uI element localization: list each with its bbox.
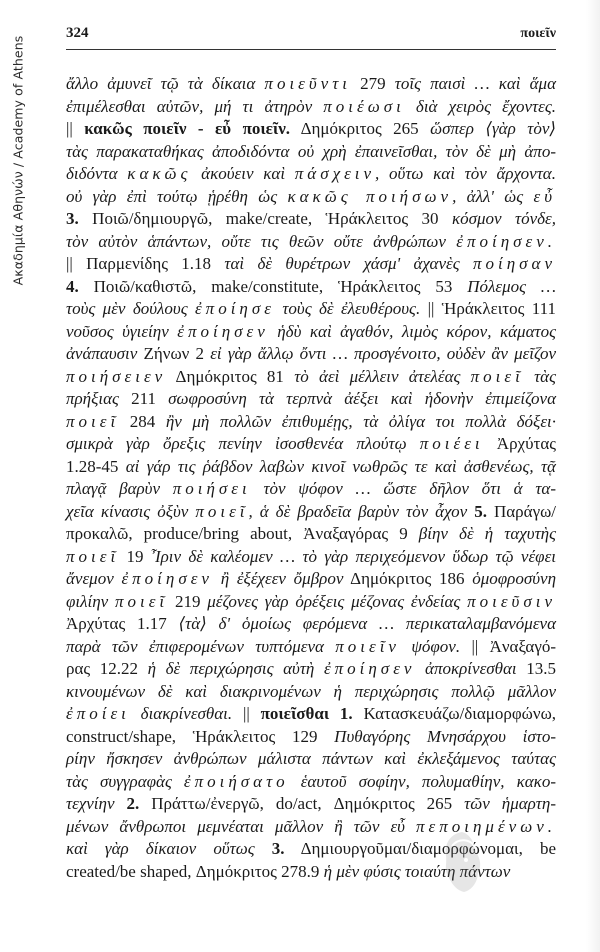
text-segment: τὰς συγγραφὰς <box>66 772 184 791</box>
text-segment: Ἶριν δὲ καλέομεν … τὸ γὰρ περιχεόμενον ὕ… <box>151 547 556 566</box>
text-segment: ἐπιμέλεσθαι αὐτῶν, μή τι ἀτηρὸν <box>66 97 323 116</box>
text-line: Ἀρχύτας 1.17 ⟨τὰ⟩ δ' ὁμοίως φερόμενα … π… <box>66 613 556 636</box>
spaced-keyword: ποιήσειεν <box>66 367 166 386</box>
text-segment: 19 <box>119 547 151 566</box>
text-segment: 284 <box>119 412 166 431</box>
text-line: τὰς παρακαταθήκας ἀποδιδόντα οὐ χρὴ ἐπαι… <box>66 141 556 164</box>
text-segment: ἢν μὴ πολλῶν ἐπιθυμέῃς, τὰ ὀλίγα τοι πολ… <box>166 412 556 431</box>
text-segment: τοῖς παισὶ … καὶ ἅμα <box>395 74 556 93</box>
text-segment: βίην δὲ ἡ ταχυτὴς <box>419 524 556 543</box>
text-segment: Ἀρχύτας <box>484 434 556 453</box>
spaced-keyword: ποιέει <box>420 434 484 453</box>
spaced-keyword: κακῶς <box>127 164 191 183</box>
text-segment: τοὺς μὲν δούλους <box>66 299 195 318</box>
text-line: πρήξιας 211 σωφροσύνη τὰ τερπνὰ ἀέξει κα… <box>66 388 556 411</box>
spaced-keyword: ἐποίησεν. <box>456 232 556 251</box>
text-line: ρίην ἤσκησεν ἀνθρώπων μάλιστα πάντων καὶ… <box>66 748 556 771</box>
spaced-keyword: ποιεῖ <box>66 547 119 566</box>
running-headword: ποιεῖν <box>520 26 556 42</box>
spaced-keyword: ποιεῖ <box>471 367 524 386</box>
text-segment: Πράττω/ἐνεργῶ, do/act, Δημόκριτος 265 <box>139 794 464 813</box>
spaced-keyword: ποιεῖν <box>335 637 400 656</box>
text-segment: οὐ γὰρ ἐπὶ τούτῳ ᾑρέθη ὡς <box>66 187 287 206</box>
text-line: construct/shape, Ἡράκλειτος 129 Πυθαγόρη… <box>66 726 556 749</box>
text-line: ποιεῖ 284 ἢν μὴ πολλῶν ἐπιθυμέῃς, τὰ ὀλί… <box>66 411 556 434</box>
text-segment: ἡ δὲ περιχώρησις αὐτὴ <box>148 659 324 678</box>
text-segment: τεχνίην <box>66 794 126 813</box>
text-line: προκαλῶ, produce/bring about, Ἀναξαγόρας… <box>66 523 556 546</box>
text-segment: ὁμοφροσύνη <box>472 569 556 588</box>
text-segment: || Παρμενίδης 1.18 <box>66 254 224 273</box>
text-line: 1.28-45 αἰ γάρ τις ῥάβδον λαβὼν κινοῖ νω… <box>66 456 556 479</box>
side-watermark: Ακαδημία Αθηνών / Academy of Athens <box>8 10 28 310</box>
spaced-keyword: ποιεῖ <box>66 412 119 431</box>
bold-lemma: 2. <box>126 794 139 813</box>
text-line: 4. Ποιῶ/καθιστῶ, make/constitute, Ἡράκλε… <box>66 276 556 299</box>
text-line: τὸν αὐτὸν ἁπάντων, οὔτε τις θεῶν οὔτε ἀν… <box>66 231 556 254</box>
text-segment: εἰ γὰρ ἄλλῳ ὄντι … προσγένοιτο, οὐδὲν ἂν… <box>210 344 556 363</box>
text-segment: , ἁ δὲ βραδεῖα βαρὺν τὸν ἆχον <box>249 502 475 521</box>
text-segment: Πυθαγόρης Μνησάρχου ἱστο- <box>334 727 556 746</box>
dictionary-entry-body: ἄλλο ἀμυνεῖ τῷ τὰ δίκαια ποιεῦντι 279 το… <box>66 73 556 883</box>
text-line: τὰς συγγραφὰς ἐποιήσατο ἑαυτοῦ σοφίην, π… <box>66 771 556 794</box>
header-rule <box>66 49 556 50</box>
text-segment: 211 <box>119 389 168 408</box>
spaced-keyword: ποιεῖ <box>195 502 248 521</box>
text-segment: ἢ ἐξέχεεν ὄμβρον <box>213 569 343 588</box>
text-segment: σωφροσύνη τὰ τερπνὰ ἀέξει καὶ ἡδονὴν ἐπι… <box>168 389 556 408</box>
text-segment: τὸν αὐτὸν ἁπάντων, οὔτε τις θεῶν οὔτε ἀν… <box>66 232 456 251</box>
text-line: || Παρμενίδης 1.18 ταὶ δὲ θυρέτρων χάσμ'… <box>66 253 556 276</box>
spaced-keyword: ποιεῦντι <box>264 74 351 93</box>
text-line: νοῦσος ὑγιείην ἐποίησεν ἡδὺ καὶ ἀγαθόν, … <box>66 321 556 344</box>
text-segment: Ζήνων 2 <box>137 344 210 363</box>
bold-lemma: 3. <box>66 209 79 228</box>
text-segment: τὸ ἀεὶ μέλλειν ἀτελέας <box>294 367 470 386</box>
text-segment: σμικρὰ γὰρ ὄρεξις πενίην ἰσοσθενέα πλούτ… <box>66 434 420 453</box>
spaced-keyword: ποίησαν <box>473 254 556 273</box>
text-segment: παρὰ τῶν ἐπιφερομένων τυπτόμενα <box>66 637 335 656</box>
text-segment: || Ἡράκλειτος 111 <box>420 299 556 318</box>
spaced-keyword: ποιήσει <box>173 479 251 498</box>
text-segment: προκαλῶ, produce/bring about, Ἀναξαγόρας… <box>66 524 419 543</box>
text-line: πλαγᾷ βαρὺν ποιήσει τὸν ψόφον … ὥστε δῆλ… <box>66 478 556 501</box>
text-segment: τὰς παρακαταθήκας ἀποδιδόντα οὐ χρὴ ἐπαι… <box>66 142 556 161</box>
text-segment: ⟨τὰ⟩ δ' ὁμοίως φερόμενα … περικαταλαμβαν… <box>178 614 556 633</box>
text-line: παρὰ τῶν ἐπιφερομένων τυπτόμενα ποιεῖν ψ… <box>66 636 556 659</box>
text-line: σμικρὰ γὰρ ὄρεξις πενίην ἰσοσθενέα πλούτ… <box>66 433 556 456</box>
text-line: ποιήσειεν Δημόκριτος 81 τὸ ἀεὶ μέλλειν ἀ… <box>66 366 556 389</box>
text-segment: ρίην ἤσκησεν ἀνθρώπων μάλιστα πάντων καὶ… <box>66 749 556 768</box>
text-line: τοὺς μὲν δούλους ἐποίησε τοὺς δὲ ἐλευθέρ… <box>66 298 556 321</box>
text-segment: Δημόκριτος 81 <box>166 367 294 386</box>
text-line: διδόντα κακῶς ἀκούειν καὶ πάσχειν, οὕτω … <box>66 163 556 186</box>
text-line: ἄλλο ἀμυνεῖ τῷ τὰ δίκαια ποιεῦντι 279 το… <box>66 73 556 96</box>
text-segment: ρας 12.22 <box>66 659 148 678</box>
bold-lemma: 3. <box>272 839 285 858</box>
bold-lemma: 5. <box>474 502 487 521</box>
text-segment: , οὕτω καὶ τὸν ἄρχοντα. <box>375 164 556 183</box>
text-segment <box>255 839 272 858</box>
text-segment: πλαγᾷ βαρὺν <box>66 479 173 498</box>
text-segment: χεῖα κίνασις ὀξὺν <box>66 502 195 521</box>
bold-lemma: ποιεῖσθαι 1. <box>261 704 353 723</box>
bold-lemma: 4. <box>66 277 79 296</box>
text-segment: 219 <box>168 592 207 611</box>
text-segment: Παράγω/ <box>487 502 556 521</box>
text-segment: Ποιῶ/δημιουργῶ, make/create, Ἡράκλειτος … <box>79 209 452 228</box>
text-segment: φιλίην <box>66 592 115 611</box>
text-segment: διακρίνεσθαι. <box>130 704 232 723</box>
text-segment: Ἀρχύτας 1.17 <box>66 614 178 633</box>
spaced-keyword: πάσχειν <box>295 164 375 183</box>
text-segment: διὰ χειρὸς ἔχοντες. <box>405 97 556 116</box>
text-segment: Ποιῶ/καθιστῶ, make/constitute, Ἡράκλειτο… <box>79 277 468 296</box>
spaced-keyword: ἐποίησε <box>195 299 275 318</box>
text-segment: 279 <box>351 74 395 93</box>
text-segment: construct/shape, Ἡράκλειτος 129 <box>66 727 334 746</box>
text-segment: μέζονες γὰρ ὀρέξεις μέζονας ἐνδείας <box>207 592 467 611</box>
text-segment: νοῦσος ὑγιείην <box>66 322 177 341</box>
text-segment: Δημόκριτος 265 <box>290 119 430 138</box>
text-segment: ψόφον. <box>400 637 460 656</box>
bold-lemma: κακῶς ποιεῖν - εὖ ποιεῖν. <box>84 119 290 138</box>
text-segment: διδόντα <box>66 164 127 183</box>
side-watermark-text: Ακαδημία Αθηνών / Academy of Athens <box>11 35 26 285</box>
text-segment: ἄλλο ἀμυνεῖ τῷ τὰ δίκαια <box>66 74 264 93</box>
spaced-keyword: κακῶς ποιήσων <box>287 187 452 206</box>
spaced-keyword: ἐποίει <box>66 704 130 723</box>
running-head: 324 ποιεῖν <box>66 20 556 42</box>
text-segment: κόσμον τόνδε, <box>452 209 556 228</box>
text-line: || κακῶς ποιεῖν - εὖ ποιεῖν. Δημόκριτος … <box>66 118 556 141</box>
spaced-keyword: ἐποίησεν <box>121 569 213 588</box>
text-segment: 1.28-45 <box>66 457 126 476</box>
page-edge-shadow <box>586 0 600 952</box>
text-segment: μένων ἄνθρωποι μεμνέαται μᾶλλον ἢ τῶν εὖ <box>66 817 416 836</box>
text-line: ἀνάπαυσιν Ζήνων 2 εἰ γὰρ ἄλλῳ ὄντι … προ… <box>66 343 556 366</box>
text-line: κινουμένων δὲ καὶ διακρινομένων ἡ περιχώ… <box>66 681 556 704</box>
spaced-keyword: ποιεῦσιν <box>467 592 556 611</box>
text-segment: ἀνάπαυσιν <box>66 344 137 363</box>
text-segment: || Ἀναξαγό- <box>460 637 556 656</box>
text-segment: ἀκούειν καὶ <box>191 164 294 183</box>
text-segment: 13.5 <box>517 659 556 678</box>
text-segment: ταὶ δὲ θυρέτρων χάσμ' ἀχανὲς <box>224 254 473 273</box>
text-line: ἐποίει διακρίνεσθαι. || ποιεῖσθαι 1. Κατ… <box>66 703 556 726</box>
spaced-keyword: ἐποίησεν <box>324 659 416 678</box>
spaced-keyword: εὖ <box>534 187 557 206</box>
spaced-keyword: ἐποιήσατο <box>184 772 289 791</box>
athena-head-icon <box>438 828 486 896</box>
text-line: οὐ γὰρ ἐπὶ τούτῳ ᾑρέθη ὡς κακῶς ποιήσων,… <box>66 186 556 209</box>
text-line: φιλίην ποιεῖ 219 μέζονες γὰρ ὀρέξεις μέζ… <box>66 591 556 614</box>
text-line: τεχνίην 2. Πράττω/ἐνεργῶ, do/act, Δημόκρ… <box>66 793 556 816</box>
text-line: ἄνεμον ἐποίησεν ἢ ἐξέχεεν ὄμβρον Δημόκρι… <box>66 568 556 591</box>
text-line: ρας 12.22 ἡ δὲ περιχώρησις αὐτὴ ἐποίησεν… <box>66 658 556 681</box>
text-segment: Δημόκριτος 186 <box>343 569 472 588</box>
text-segment: ἡδὺ καὶ ἀγαθόν, λιμὸς κόρον, κάματος <box>269 322 556 341</box>
text-line: ποιεῖ 19 Ἶριν δὲ καλέομεν … τὸ γὰρ περιχ… <box>66 546 556 569</box>
text-segment: τῶν ἡμαρτη- <box>464 794 556 813</box>
spaced-keyword: ἐποίησεν <box>177 322 269 341</box>
text-segment: ἄνεμον <box>66 569 121 588</box>
text-segment: Πόλεμος … <box>467 277 556 296</box>
text-segment: τοὺς δὲ ἐλευθέρους. <box>275 299 420 318</box>
text-line: χεῖα κίνασις ὀξὺν ποιεῖ, ἁ δὲ βραδεῖα βα… <box>66 501 556 524</box>
spaced-keyword: ποιέωσι <box>323 97 405 116</box>
text-line: 3. Ποιῶ/δημιουργῶ, make/create, Ἡράκλειτ… <box>66 208 556 231</box>
text-segment: καὶ γὰρ δίκαιον οὕτως <box>66 839 255 858</box>
text-segment: ἀποκρίνεσθαι <box>415 659 516 678</box>
text-segment: Δημιουργοῦμαι/διαμορφώνομαι, be <box>284 839 556 858</box>
text-segment: , ἀλλ' ὡς <box>452 187 533 206</box>
text-segment: πρήξιας <box>66 389 119 408</box>
text-segment: || <box>232 704 260 723</box>
spaced-keyword: ποιεῖ <box>115 592 168 611</box>
text-segment: τὸν ψόφον … ὥστε δῆλον ὅτι ἁ τα- <box>251 479 556 498</box>
text-segment: αἰ γάρ τις ῥάβδον λαβὼν κινοῖ νωθρῶς τε … <box>126 457 556 476</box>
text-segment: || <box>66 119 84 138</box>
text-segment: ὥσπερ ⟨γὰρ τὸν⟩ <box>430 119 556 138</box>
page-number: 324 <box>66 25 89 42</box>
text-segment: τὰς <box>524 367 556 386</box>
text-segment: created/be shaped, Δημόκριτος 278.9 <box>66 862 324 881</box>
text-line: ἐπιμέλεσθαι αὐτῶν, μή τι ἀτηρὸν ποιέωσι … <box>66 96 556 119</box>
text-segment: ἑαυτοῦ σοφίην, πολυμαθίην, κακο- <box>289 772 556 791</box>
text-segment: Κατασκευάζω/διαμορφώνω, <box>353 704 556 723</box>
text-segment: κινουμένων δὲ καὶ διακρινομένων ἡ περιχώ… <box>66 682 556 701</box>
